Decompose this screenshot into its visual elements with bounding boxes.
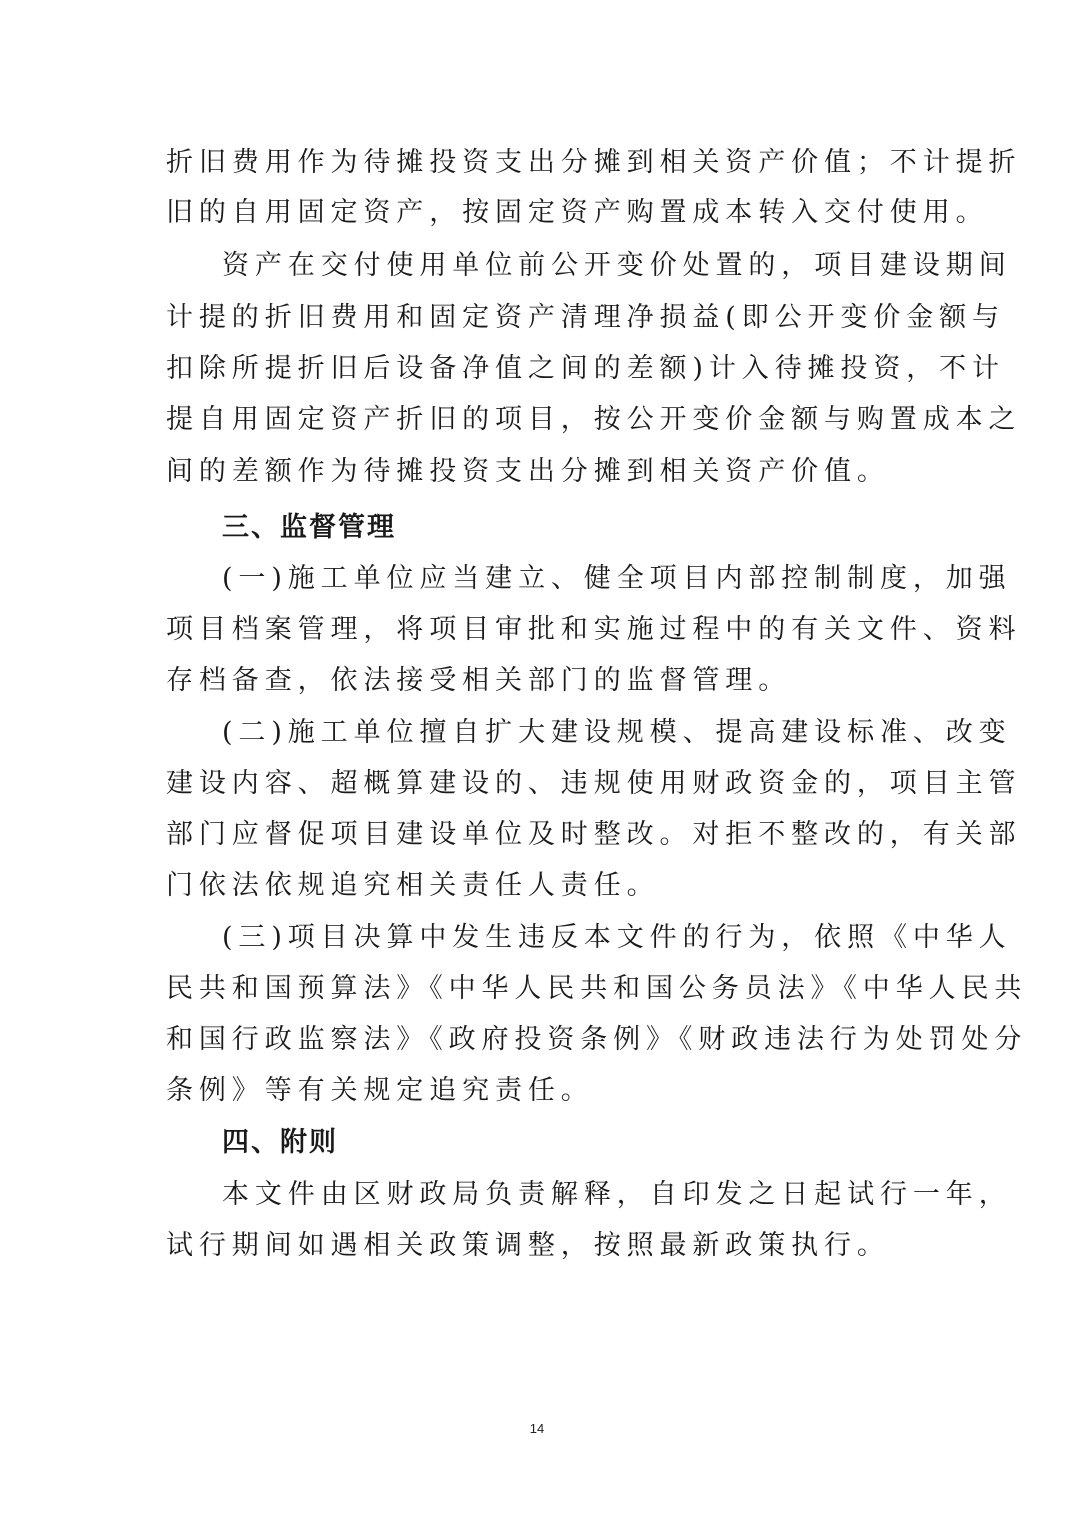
paragraph-line: 项目档案管理，将项目审批和实施过程中的有关文件、资料 (166, 603, 1021, 657)
paragraph-line: 建设内容、超概算建设的、违规使用财政资金的，项目主管 (166, 757, 1021, 811)
paragraph-line: 和国行政监察法》《政府投资条例》《财政违法行为处罚处分 (166, 1013, 1027, 1067)
paragraph-line: 计提的折旧费用和固定资产清理净损益(即公开变价金额与 (166, 291, 1005, 345)
paragraph-line: 间的差额作为待摊投资支出分摊到相关资产价值。 (166, 445, 890, 499)
paragraph-line: 资产在交付使用单位前公开变价处置的，项目建设期间 (166, 239, 1012, 293)
paragraph-line: 扣除所提折旧后设备净值之间的差额)计入待摊投资，不计 (166, 342, 1005, 396)
page-number: 14 (0, 1421, 1074, 1436)
paragraph-line: (二)施工单位擅自扩大建设规模、提高建设标准、改变 (166, 706, 1012, 760)
paragraph-line: 门依法依规追究相关责任人责任。 (166, 859, 660, 913)
paragraph-line: 折旧费用作为待摊投资支出分摊到相关资产价值；不计提折 (166, 136, 1021, 190)
paragraph-line: 部门应督促项目建设单位及时整改。对拒不整改的，有关部 (166, 808, 1021, 862)
section-heading-supervision: 三、监督管理 (166, 501, 396, 555)
section-heading-appendix: 四、附则 (166, 1116, 338, 1170)
document-page: 折旧费用作为待摊投资支出分摊到相关资产价值；不计提折 旧的自用固定资产，按固定资… (0, 0, 1074, 1520)
paragraph-line: 存档备查，依法接受相关部门的监督管理。 (166, 654, 791, 708)
paragraph-line: 试行期间如遇相关政策调整，按照最新政策执行。 (166, 1219, 890, 1273)
paragraph-line: 民共和国预算法》《中华人民共和国公务员法》《中华人民共 (166, 962, 1027, 1016)
paragraph-line: 旧的自用固定资产，按固定资产购置成本转入交付使用。 (166, 186, 989, 240)
paragraph-line: 提自用固定资产折旧的项目，按公开变价金额与购置成本之 (166, 393, 1021, 447)
paragraph-line: 本文件由区财政局负责解释，自印发之日起试行一年， (166, 1168, 1012, 1222)
paragraph-line: (三)项目决算中发生违反本文件的行为，依照《中华人 (166, 911, 1012, 965)
paragraph-line: (一)施工单位应当建立、健全项目内部控制制度，加强 (166, 552, 1012, 606)
paragraph-line: 条例》等有关规定追究责任。 (166, 1064, 594, 1118)
